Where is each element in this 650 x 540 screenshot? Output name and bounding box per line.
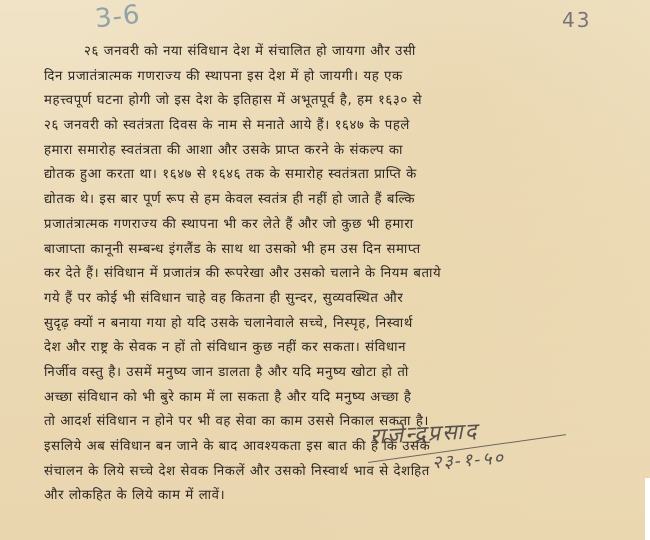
text-line: २६ जनवरी को स्वतंत्रता दिवस के नाम से मन… bbox=[44, 114, 644, 139]
text-line: तो आदर्श संविधान न होने पर भी वह सेवा का… bbox=[44, 410, 644, 435]
text-line: २६ जनवरी को नया संविधान देश में संचालित … bbox=[44, 40, 644, 65]
text-line: दिन प्रजातंत्रात्मक गणराज्य की स्थापना इ… bbox=[44, 65, 644, 90]
document-page: 3-6 43 २६ जनवरी को नया संविधान देश में स… bbox=[0, 0, 650, 540]
typed-message-body: २६ जनवरी को नया संविधान देश में संचालित … bbox=[44, 40, 644, 509]
text-line: निर्जीव वस्तु है। उसमें मनुष्य जान डालता… bbox=[44, 361, 644, 386]
handwritten-signature: राजेन्द्रप्रसाद bbox=[369, 415, 479, 451]
text-line: द्योतक थे। इस बार पूर्ण रूप से हम केवल स… bbox=[44, 188, 644, 213]
handwritten-page-number: 43 bbox=[562, 8, 591, 32]
handwritten-reference-note: 3-6 bbox=[94, 0, 142, 34]
text-line: अच्छा संविधान को भी बुरे काम में ला सकता… bbox=[44, 386, 644, 411]
scan-page-edge bbox=[645, 478, 650, 540]
signature-date: २३-१-५० bbox=[431, 445, 505, 474]
text-line: प्रजातंत्रात्मक गणराज्य की स्थापना भी कर… bbox=[44, 213, 644, 238]
text-line: देश और राष्ट्र के सेवक न हों तो संविधान … bbox=[44, 336, 644, 361]
text-line: इसलिये अब संविधान बन जाने के बाद आवश्यकत… bbox=[44, 435, 644, 460]
text-line: सुदृढ़ क्यों न बनाया गया हो यदि उसके चला… bbox=[44, 312, 644, 337]
text-line: द्योतक हुआ करता था। १६४७ से १६४६ तक के स… bbox=[44, 163, 644, 188]
text-line: कर देते हैं। संविधान में प्रजातंत्र की र… bbox=[44, 262, 644, 287]
text-line: हमारा समारोह स्वतंत्रता की आशा और उसके प… bbox=[44, 139, 644, 164]
text-line: संचालन के लिये सच्चे देश सेवक निकलें और … bbox=[44, 460, 644, 485]
text-line: गये हैं पर कोई भी संविधान चाहे वह कितना … bbox=[44, 287, 644, 312]
text-line: बाजाप्ता कानूनी सम्बन्ध इंगलैंड के साथ थ… bbox=[44, 238, 644, 263]
text-line: और लोकहित के लिये काम में लावें। bbox=[44, 484, 644, 509]
text-line: महत्त्वपूर्ण घटना होगी जो इस देश के इतिह… bbox=[44, 89, 644, 114]
